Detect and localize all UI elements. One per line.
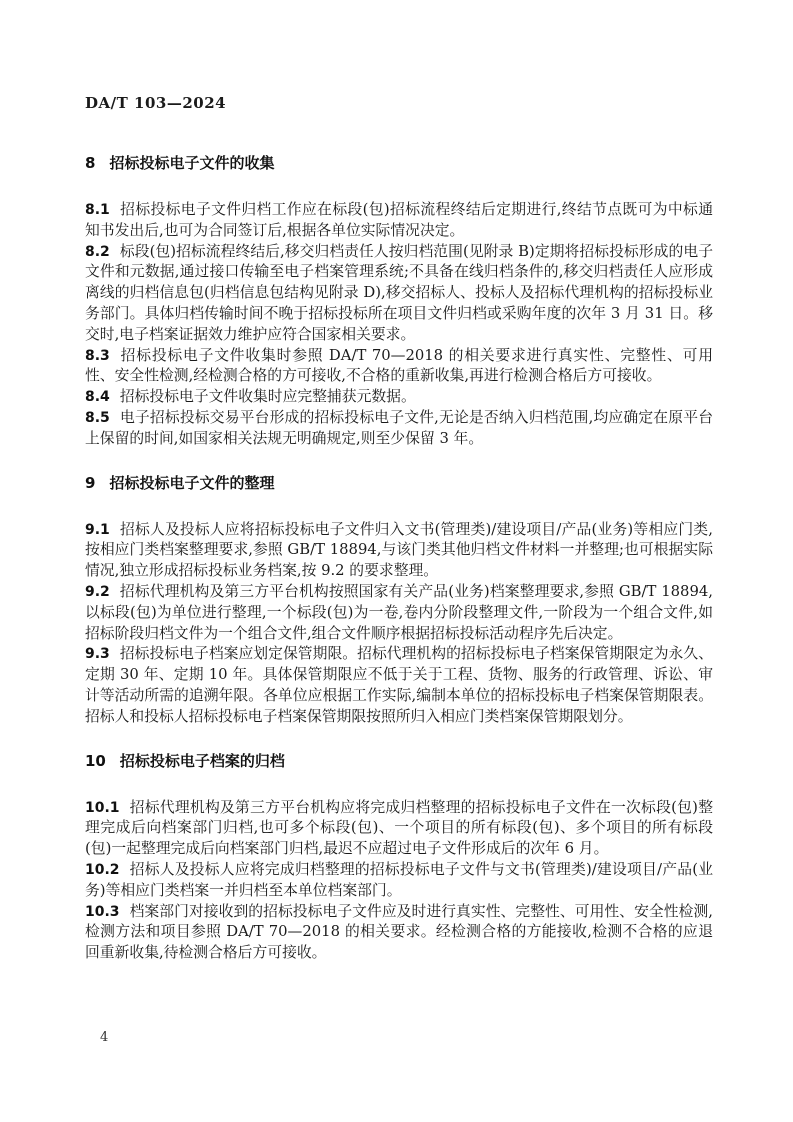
section-9: 9招标投标电子文件的整理 9.1招标人及投标人应将招标投标电子文件归入文书(管理…: [85, 473, 713, 728]
clause-text: 招标投标电子档案应划定保管期限。招标代理机构的招标投标电子档案保管期限定为永久、…: [85, 645, 713, 724]
section-9-heading: 9招标投标电子文件的整理: [85, 473, 713, 494]
clause-number: 8.2: [85, 244, 110, 260]
clause-number: 10.3: [85, 904, 120, 920]
clause-9-3: 9.3招标投标电子档案应划定保管期限。招标代理机构的招标投标电子档案保管期限定为…: [85, 644, 713, 727]
clause-number: 10.1: [85, 800, 120, 816]
section-number: 9: [85, 474, 95, 492]
clause-8-1: 8.1招标投标电子文件归档工作应在标段(包)招标流程终结后定期进行,终结节点既可…: [85, 200, 713, 242]
clause-9-1: 9.1招标人及投标人应将招标投标电子文件归入文书(管理类)/建设项目/产品(业务…: [85, 520, 713, 582]
clause-number: 9.3: [85, 646, 110, 662]
clause-number: 9.1: [85, 522, 110, 538]
section-10-heading: 10招标投标电子档案的归档: [85, 751, 713, 772]
clause-8-2: 8.2标段(包)招标流程终结后,移交归档责任人按归档范围(见附录 B)定期将招标…: [85, 242, 713, 346]
document-content: 8招标投标电子文件的收集 8.1招标投标电子文件归档工作应在标段(包)招标流程终…: [85, 153, 713, 964]
clause-text: 招标人及投标人应将完成归档整理的招标投标电子文件与文书(管理类)/建设项目/产品…: [85, 861, 713, 899]
clause-text: 招标代理机构及第三方平台机构按照国家有关产品(业务)档案整理要求,参照 GB/T…: [85, 583, 713, 642]
clause-text: 招标人及投标人应将招标投标电子文件归入文书(管理类)/建设项目/产品(业务)等相…: [85, 521, 713, 580]
clause-8-5: 8.5电子招标投标交易平台形成的招标投标电子文件,无论是否纳入归档范围,均应确定…: [85, 408, 713, 450]
clause-number: 10.2: [85, 862, 120, 878]
clause-10-2: 10.2招标人及投标人应将完成归档整理的招标投标电子文件与文书(管理类)/建设项…: [85, 860, 713, 902]
clause-text: 招标代理机构及第三方平台机构应将完成归档整理的招标投标电子文件在一次标段(包)整…: [85, 799, 713, 858]
clause-number: 9.2: [85, 584, 110, 600]
section-title: 招标投标电子文件的整理: [109, 474, 274, 492]
clause-10-1: 10.1招标代理机构及第三方平台机构应将完成归档整理的招标投标电子文件在一次标段…: [85, 798, 713, 860]
clause-9-2: 9.2招标代理机构及第三方平台机构按照国家有关产品(业务)档案整理要求,参照 G…: [85, 582, 713, 644]
clause-text: 电子招标投标交易平台形成的招标投标电子文件,无论是否纳入归档范围,均应确定在原平…: [85, 409, 713, 447]
clause-text: 招标投标电子文件归档工作应在标段(包)招标流程终结后定期进行,终结节点既可为中标…: [85, 201, 713, 239]
section-title: 招标投标电子档案的归档: [120, 752, 285, 770]
clause-number: 8.5: [85, 410, 110, 426]
clause-8-4: 8.4招标投标电子文件收集时应完整捕获元数据。: [85, 387, 713, 408]
standard-number-header: DA/T 103—2024: [85, 94, 226, 112]
section-8-heading: 8招标投标电子文件的收集: [85, 153, 713, 174]
section-number: 10: [85, 752, 106, 770]
clause-text: 标段(包)招标流程终结后,移交归档责任人按归档范围(见附录 B)定期将招标投标形…: [85, 243, 713, 343]
clause-8-3: 8.3招标投标电子文件收集时参照 DA/T 70—2018 的相关要求进行真实性…: [85, 346, 713, 388]
clause-text: 档案部门对接收到的招标投标电子文件应及时进行真实性、完整性、可用性、安全性检测,…: [85, 903, 713, 962]
section-8: 8招标投标电子文件的收集 8.1招标投标电子文件归档工作应在标段(包)招标流程终…: [85, 153, 713, 450]
clause-text: 招标投标电子文件收集时参照 DA/T 70—2018 的相关要求进行真实性、完整…: [85, 347, 713, 385]
clause-number: 8.4: [85, 389, 110, 405]
section-number: 8: [85, 154, 95, 172]
clause-10-3: 10.3档案部门对接收到的招标投标电子文件应及时进行真实性、完整性、可用性、安全…: [85, 902, 713, 964]
section-title: 招标投标电子文件的收集: [109, 154, 274, 172]
clause-number: 8.3: [85, 348, 110, 364]
page-number: 4: [100, 1030, 108, 1045]
clause-number: 8.1: [85, 202, 110, 218]
document-page: DA/T 103—2024 8招标投标电子文件的收集 8.1招标投标电子文件归档…: [0, 0, 793, 1122]
section-10: 10招标投标电子档案的归档 10.1招标代理机构及第三方平台机构应将完成归档整理…: [85, 751, 713, 964]
clause-text: 招标投标电子文件收集时应完整捕获元数据。: [120, 388, 416, 405]
